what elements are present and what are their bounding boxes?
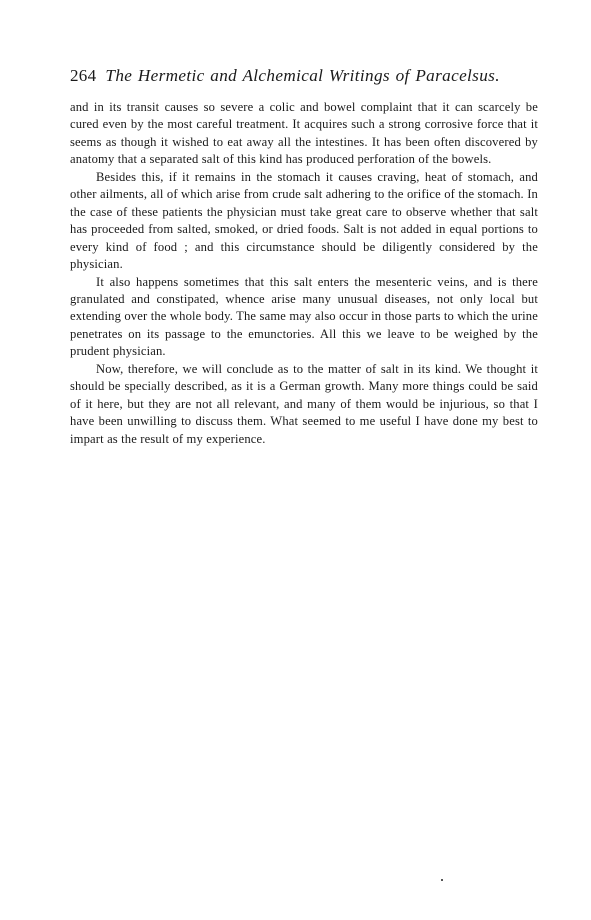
- paragraph-3: It also happens sometimes that this salt…: [70, 274, 538, 361]
- print-speck: [441, 879, 443, 881]
- running-head: 264 The Hermetic and Alchemical Writings…: [70, 66, 538, 90]
- page-number: 264: [70, 66, 96, 86]
- book-page: 264 The Hermetic and Alchemical Writings…: [70, 66, 538, 448]
- running-title: The Hermetic and Alchemical Writings of …: [105, 66, 499, 86]
- paragraph-1: and in its transit causes so severe a co…: [70, 99, 538, 169]
- paragraph-2: Besides this, if it remains in the stoma…: [70, 169, 538, 274]
- body-text: and in its transit causes so severe a co…: [70, 99, 538, 448]
- paragraph-4: Now, therefore, we will conclude as to t…: [70, 361, 538, 448]
